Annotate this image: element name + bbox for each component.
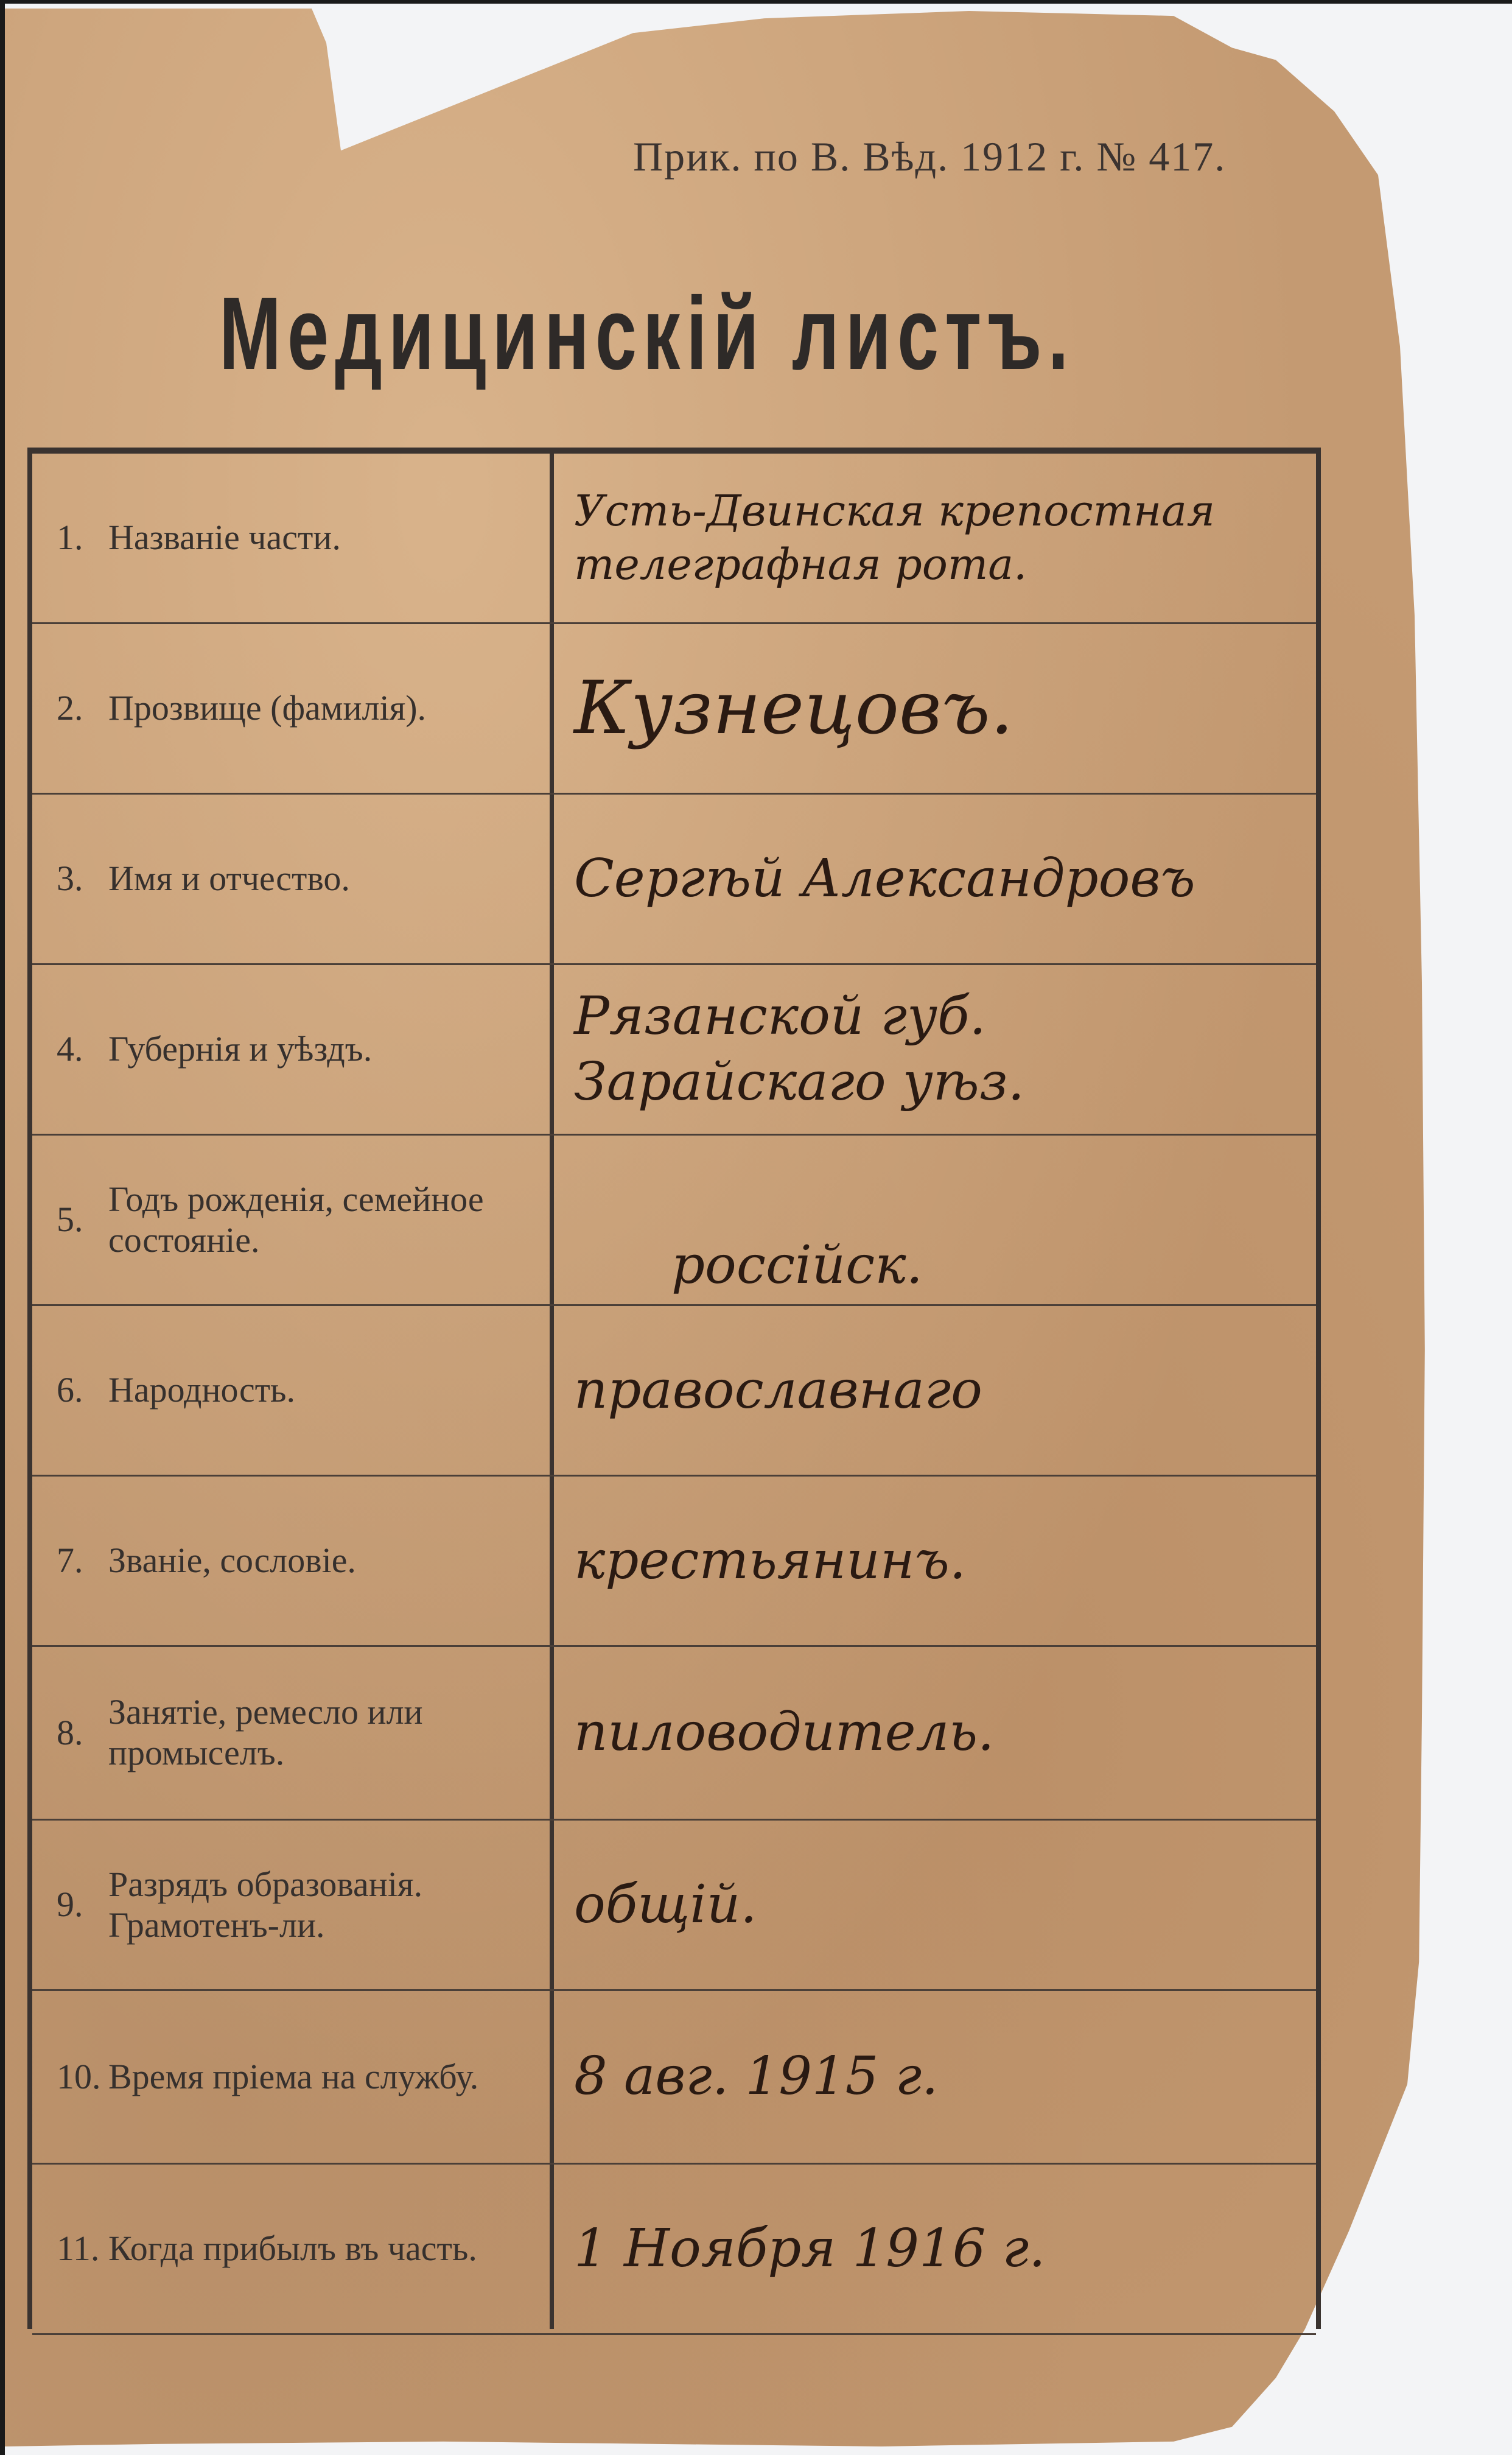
field-label: 11.Когда прибылъ въ часть. [32, 2165, 547, 2333]
field-label: 4.Губернія и уѣздъ. [32, 965, 547, 1134]
form-row-birth: 5.Годъ рожденія, семейное состояніе. рос… [32, 1136, 1316, 1306]
form-row-nationality: 6.Народность. православнаго [32, 1306, 1316, 1477]
scan-left-edge [0, 0, 5, 2455]
field-label: 2.Прозвище (фамилія). [32, 624, 547, 793]
field-value-occupation: пиловодитель. [562, 1647, 1311, 1819]
field-label: 6.Народность. [32, 1306, 547, 1475]
form-row-estate: 7.Званіе, сословіе. крестьянинъ. [32, 1477, 1316, 1647]
field-label: 9.Разрядъ образованія. Грамотенъ-ли. [32, 1821, 547, 1989]
form-row-enlistment: 10.Время пріема на службу. 8 авг. 1915 г… [32, 1991, 1316, 2165]
field-value-surname: Кузнецовъ. [562, 624, 1311, 793]
field-label: 7.Званіе, сословіе. [32, 1477, 547, 1645]
field-label: 1.Названіе части. [32, 454, 547, 622]
field-value-birth: россійск. [562, 1136, 1311, 1304]
form-row-unit: 1.Названіе части. Усть-Двинская крепостн… [32, 454, 1316, 624]
field-label: 8.Занятіе, ремесло или промыселъ. [32, 1647, 547, 1819]
field-value-unit: Усть-Двинская крепостная телеграфная рот… [562, 454, 1311, 622]
field-value-province: Рязанской губ. Зарайскаго уѣз. [562, 965, 1311, 1134]
form-row-province: 4.Губернія и уѣздъ. Рязанской губ. Зарай… [32, 965, 1316, 1136]
field-value-enlistment: 8 авг. 1915 г. [562, 1991, 1311, 2163]
field-value-arrival: 1 Ноября 1916 г. [562, 2165, 1311, 2333]
field-label: 3.Имя и отчество. [32, 795, 547, 963]
form-row-name: 3.Имя и отчество. Сергѣй Александровъ [32, 795, 1316, 965]
order-reference: Прик. по В. Вѣд. 1912 г. № 417. [633, 133, 1226, 181]
document-title: Медицинскій листъ. [219, 274, 1075, 393]
field-value-name: Сергѣй Александровъ [562, 795, 1311, 963]
field-label: 5.Годъ рожденія, семейное состояніе. [32, 1136, 547, 1304]
form-row-arrival: 11.Когда прибылъ въ часть. 1 Ноября 1916… [32, 2165, 1316, 2335]
form-row-surname: 2.Прозвище (фамилія). Кузнецовъ. [32, 624, 1316, 795]
scan-top-edge [0, 0, 1512, 4]
field-value-estate: крестьянинъ. [562, 1477, 1311, 1645]
field-value-nationality: православнаго [562, 1306, 1311, 1475]
field-value-education: общій. [562, 1821, 1311, 1989]
form-row-occupation: 8.Занятіе, ремесло или промыселъ. пилово… [32, 1647, 1316, 1821]
form-row-education: 9.Разрядъ образованія. Грамотенъ-ли. общ… [32, 1821, 1316, 1991]
field-label: 10.Время пріема на службу. [32, 1991, 547, 2163]
form-table: 1.Названіе части. Усть-Двинская крепостн… [27, 448, 1321, 2329]
